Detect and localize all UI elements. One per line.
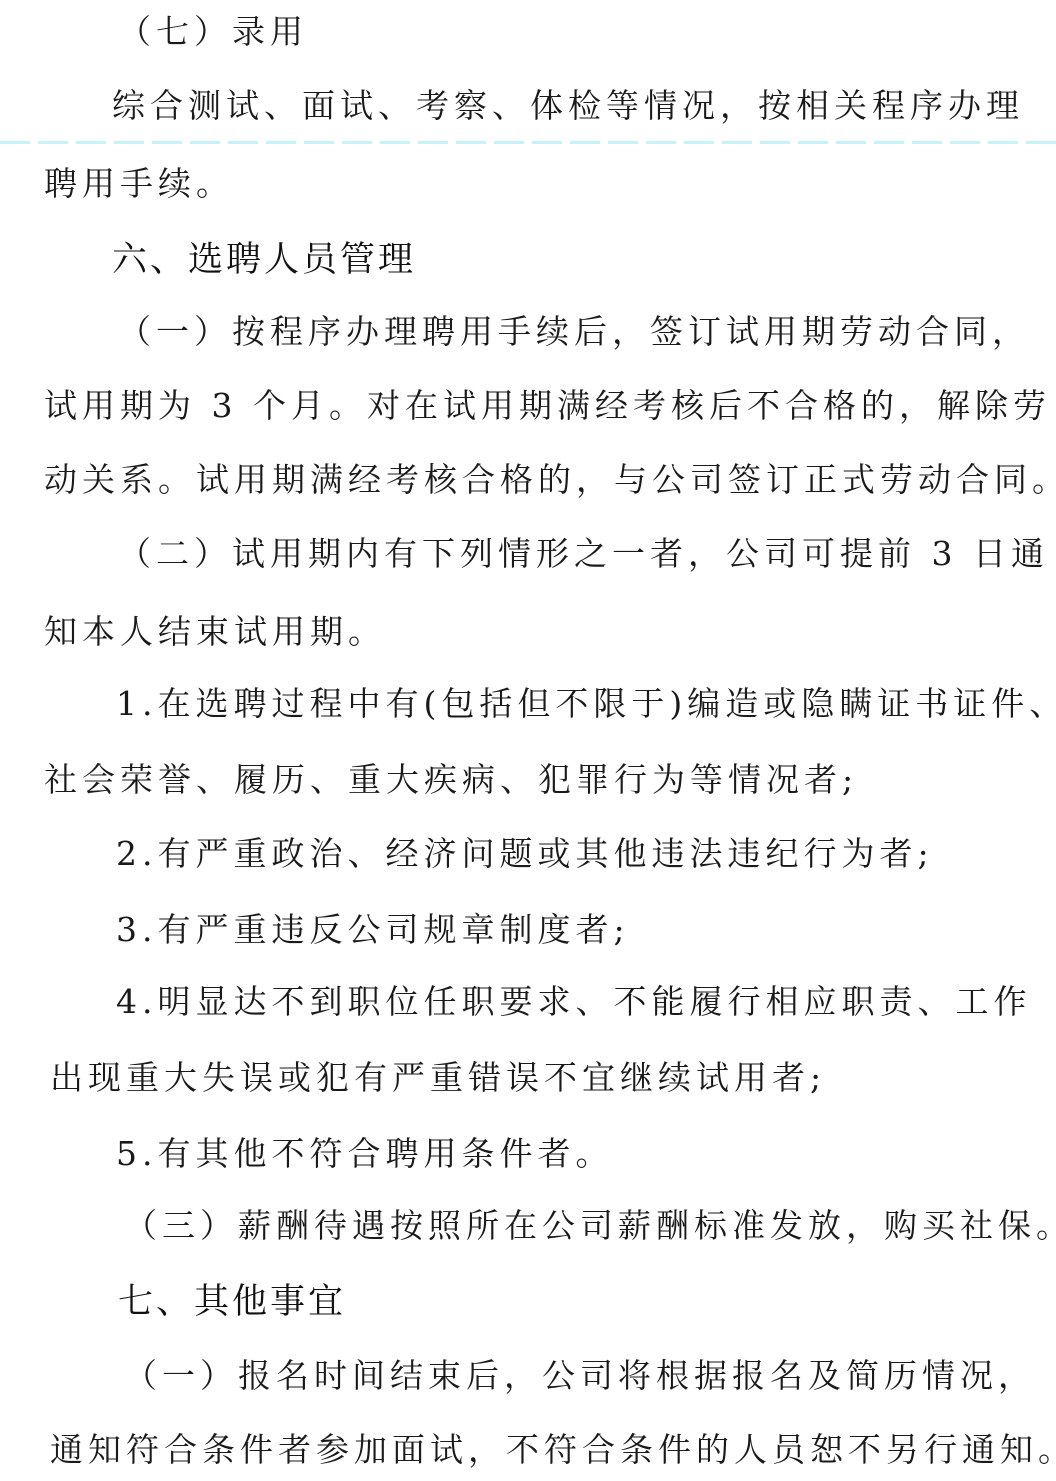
paragraph-line: 2.有严重政治、经济问题或其他违法违纪行为者; [116, 834, 934, 874]
paragraph-line: 聘用手续。 [44, 164, 234, 204]
paragraph-line: 试用期为 3 个月。对在试用期满经考核后不合格的，解除劳 [44, 386, 1051, 426]
paragraph-line: 5.有其他不符合聘用条件者。 [116, 1134, 614, 1174]
paragraph-line: 知本人结束试用期。 [44, 612, 386, 652]
scan-artifact-line [0, 141, 1056, 144]
paragraph-line: 3.有严重违反公司规章制度者; [116, 910, 630, 950]
section-heading: 六、选聘人员管理 [112, 240, 416, 280]
paragraph-line: （一）报名时间结束后，公司将根据报名及简历情况， [124, 1356, 1036, 1396]
paragraph-line: （一）按程序办理聘用手续后，签订试用期劳动合同， [118, 312, 1030, 352]
paragraph-line: 社会荣誉、履历、重大疾病、犯罪行为等情况者; [44, 760, 858, 800]
paragraph-line: 通知符合条件者参加面试，不符合条件的人员恕不另行通知。 [50, 1430, 1056, 1470]
subsection-heading: （七）录用 [118, 12, 308, 52]
paragraph-line: 出现重大失误或犯有严重错误不宜继续试用者; [50, 1058, 826, 1098]
paragraph-line: 动关系。试用期满经考核合格的，与公司签订正式劳动合同。 [44, 460, 1056, 500]
paragraph-line: 综合测试、面试、考察、体检等情况，按相关程序办理 [112, 86, 1024, 126]
section-heading: 七、其他事宜 [118, 1282, 346, 1322]
paragraph-line: （三）薪酬待遇按照所在公司薪酬标准发放，购买社保。 [124, 1206, 1056, 1246]
paragraph-line: 1.在选聘过程中有(包括但不限于)编造或隐瞒证书证件、 [116, 684, 1056, 724]
paragraph-line: 4.明显达不到职位任职要求、不能履行相应职责、工作 [116, 982, 1032, 1022]
paragraph-line: （二）试用期内有下列情形之一者，公司可提前 3 日通 [118, 534, 1049, 574]
